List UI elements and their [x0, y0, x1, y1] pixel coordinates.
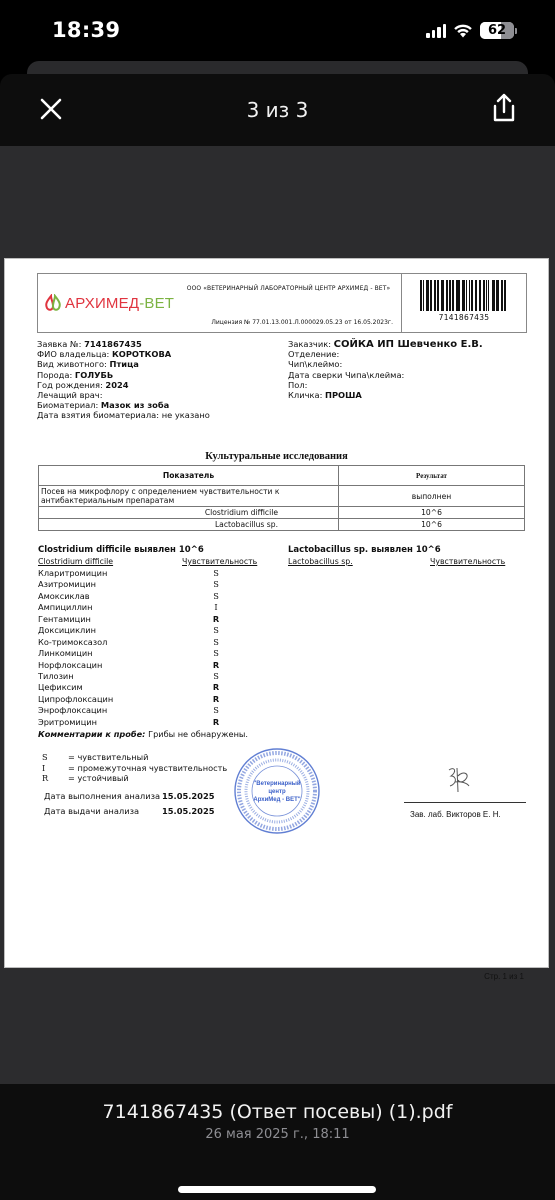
sensitivity-lactobacillus: Lactobacillus sp. выявлен 10^6 Lactobaci… [288, 545, 505, 568]
barcode-number: 7141867435 [439, 313, 490, 322]
license-number: Лицензия № 77.01.13.001.Л.000029.05.23 о… [176, 319, 393, 326]
pdf-viewer[interactable]: АРХИМЕД-ВЕТ ООО «ВЕТЕРИНАРНЫЙ ЛАБОРАТОРН… [0, 146, 555, 1084]
signature [445, 764, 475, 796]
status-icons: 62 [426, 22, 517, 39]
info-row: Чип\клеймо: [288, 359, 483, 369]
share-icon[interactable] [489, 91, 519, 125]
info-row: Дата взятия биоматериала: не указано [37, 410, 210, 420]
status-bar: 18:39 62 [0, 0, 555, 62]
info-row: Вид животного: Птица [37, 359, 210, 369]
info-row: ФИО владельца: КОРОТКОВА [37, 349, 210, 359]
client-info: Заказчик: СОЙКА ИП Шевченко Е.В.Отделени… [288, 339, 483, 400]
lab-logo: АРХИМЕД-ВЕТ [38, 274, 176, 332]
info-row: Биоматериал: Мазок из зоба [37, 400, 210, 410]
document-header: АРХИМЕД-ВЕТ ООО «ВЕТЕРИНАРНЫЙ ЛАБОРАТОРН… [37, 273, 527, 333]
list-item: ЛинкомицинS [38, 648, 257, 659]
info-row: Заказчик: СОЙКА ИП Шевченко Е.В. [288, 339, 483, 349]
date-row: Дата выполнения анализа15.05.2025 [44, 789, 215, 804]
info-row: Отделение: [288, 349, 483, 359]
signatory-name: Зав. лаб. Викторов Е. Н. [410, 810, 501, 819]
list-item: ЦефиксимR [38, 682, 257, 693]
list-item: ЭритромицинR [38, 717, 257, 728]
list-item: НорфлоксацинR [38, 660, 257, 671]
file-info-bar: 7141867435 (Ответ посевы) (1).pdf 26 мая… [0, 1084, 555, 1200]
organism-title: Lactobacillus sp. выявлен 10^6 [288, 545, 505, 557]
sensitivity-column-header: Чувствительность [182, 557, 257, 568]
wifi-icon [453, 23, 473, 38]
viewer-nav-bar: 3 из 3 [0, 74, 555, 146]
lab-stamp: "Ветеринарный центр АрхиМед - ВЕТ" [233, 747, 321, 835]
list-item: АмпициллинI [38, 602, 257, 613]
home-indicator[interactable] [178, 1186, 376, 1193]
info-row: Пол: [288, 380, 483, 390]
page-number: Стр. 1 из 1 [484, 972, 524, 981]
list-item: ТилозинS [38, 671, 257, 682]
section-title: Культуральные исследования [5, 451, 548, 462]
list-item: АзитромицинS [38, 579, 257, 590]
status-time: 18:39 [52, 18, 120, 42]
culture-table: Показатель Результат Посев на микрофлору… [38, 465, 525, 531]
info-row: Дата сверки Чипа\клейма: [288, 370, 483, 380]
legend-item: S= чувствительный [42, 752, 227, 763]
organism-title: Clostridium difficile выявлен 10^6 [38, 545, 257, 557]
logo-text: АРХИМЕД-ВЕТ [65, 295, 174, 312]
battery-icon: 62 [480, 22, 517, 39]
page-counter: 3 из 3 [0, 98, 555, 122]
file-name: 7141867435 (Ответ посевы) (1).pdf [0, 1101, 555, 1123]
organism-column-header: Clostridium difficile [38, 557, 182, 568]
info-row: Год рождения: 2024 [37, 380, 210, 390]
svg-text:центр: центр [268, 789, 286, 795]
list-item: Ко-тримоксазолS [38, 637, 257, 648]
info-row: Заявка №: 7141867435 [37, 339, 210, 349]
list-item: АмоксиклавS [38, 591, 257, 602]
table-row: Clostridium difficile10^6 [39, 507, 525, 519]
table-row: Lactobacillus sp.10^6 [39, 519, 525, 531]
legend-item: I= промежуточная чувствительность [42, 763, 227, 774]
pdf-page: АРХИМЕД-ВЕТ ООО «ВЕТЕРИНАРНЫЙ ЛАБОРАТОРН… [4, 258, 549, 968]
sensitivity-clostridium: Clostridium difficile выявлен 10^6 Clost… [38, 545, 257, 739]
list-item: ЭнрофлоксацинS [38, 705, 257, 716]
info-row: Кличка: ПРОША [288, 390, 483, 400]
organization-name: ООО «ВЕТЕРИНАРНЫЙ ЛАБОРАТОРНЫЙ ЦЕНТР АРХ… [176, 285, 401, 292]
column-header-indicator: Показатель [39, 466, 339, 486]
date-row: Дата выдачи анализа15.05.2025 [44, 804, 215, 819]
column-header-result: Результат [339, 466, 525, 486]
signature-line [404, 802, 526, 803]
svg-text:АрхиМед - ВЕТ": АрхиМед - ВЕТ" [253, 797, 300, 803]
legend-item: R= устойчивый [42, 773, 227, 784]
drop-logo-icon [44, 294, 62, 312]
list-item: ЦипрофлоксацинR [38, 694, 257, 705]
list-item: ДоксициклинS [38, 625, 257, 636]
sample-comment: Комментарии к пробе: Грибы не обнаружены… [38, 729, 257, 739]
info-row: Лечащий врач: [37, 390, 210, 400]
sensitivity-legend: S= чувствительныйI= промежуточная чувств… [42, 752, 227, 784]
info-row: Порода: ГОЛУБЬ [37, 370, 210, 380]
barcode [420, 280, 508, 311]
list-item: КларитромицинS [38, 568, 257, 579]
file-date: 26 мая 2025 г., 18:11 [0, 1127, 555, 1142]
analysis-dates: Дата выполнения анализа15.05.2025Дата вы… [44, 789, 215, 819]
sensitivity-column-header: Чувствительность [430, 557, 505, 568]
svg-text:"Ветеринарный: "Ветеринарный [253, 780, 300, 787]
patient-info: Заявка №: 7141867435ФИО владельца: КОРОТ… [37, 339, 210, 421]
battery-percent: 62 [488, 23, 506, 38]
cellular-signal-icon [426, 24, 446, 38]
list-item: ГентамицинR [38, 614, 257, 625]
table-row: Посев на микрофлору с определением чувст… [39, 486, 525, 507]
organism-column-header: Lactobacillus sp. [288, 557, 430, 568]
